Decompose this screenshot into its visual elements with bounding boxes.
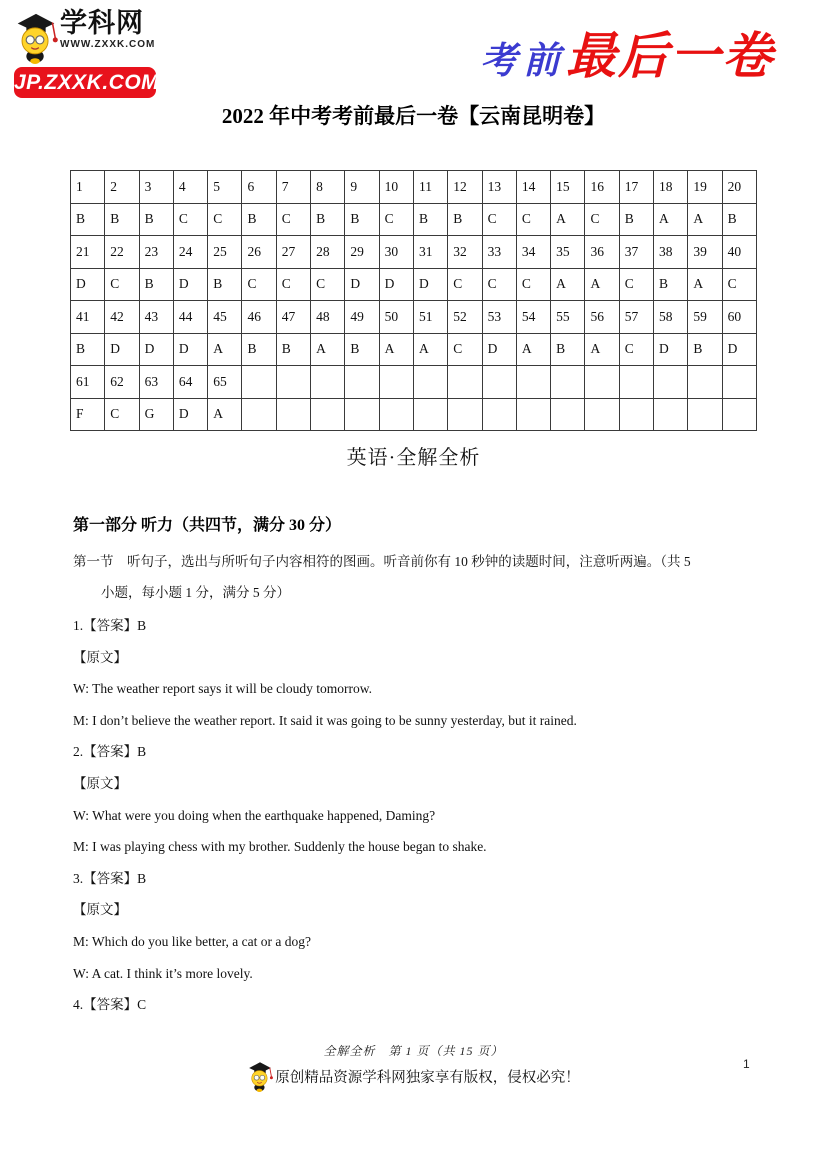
- question-number-cell: 29: [345, 236, 379, 269]
- question-number-cell: 62: [105, 366, 139, 399]
- question-number-cell: 9: [345, 171, 379, 204]
- answer-cell: [413, 398, 447, 431]
- answer-cell: D: [173, 268, 207, 301]
- answer-cell: [379, 398, 413, 431]
- answer-cell: C: [516, 203, 550, 236]
- question-number-cell: 35: [551, 236, 585, 269]
- answer-cell: D: [654, 333, 688, 366]
- question-number-cell: 7: [276, 171, 310, 204]
- question-number-cell: 12: [448, 171, 482, 204]
- question-number-cell: 44: [173, 301, 207, 334]
- jp-zxxk-badge: JP.ZXXK.COM: [14, 67, 156, 98]
- intro-line-2: 小题，每小题 1 分，满分 5 分）: [73, 577, 765, 608]
- question-number-cell: 37: [619, 236, 653, 269]
- answer-cell: A: [688, 203, 722, 236]
- answer-cell: B: [311, 203, 345, 236]
- answer-cell: B: [71, 333, 105, 366]
- question-number-cell: 3: [139, 171, 173, 204]
- section-heading: 第一部分 听力（共四节，满分 30 分）: [73, 512, 341, 535]
- question-number-cell: 32: [448, 236, 482, 269]
- question-number-row: 1234567891011121314151617181920: [71, 171, 757, 204]
- question-number-cell: 56: [585, 301, 619, 334]
- question-number-cell: 52: [448, 301, 482, 334]
- question-number-cell: 25: [208, 236, 242, 269]
- answer-table: 1234567891011121314151617181920BBBCCBCBB…: [70, 170, 757, 431]
- question-number-cell: 22: [105, 236, 139, 269]
- answer-cell: D: [379, 268, 413, 301]
- question-number-cell: 49: [345, 301, 379, 334]
- answer-cell: D: [173, 333, 207, 366]
- text-line: 【原文】: [73, 894, 765, 926]
- footer-note: 全解全析 第 1 页（共 15 页）: [0, 1042, 827, 1059]
- answer-cell: C: [105, 268, 139, 301]
- answer-cell: D: [413, 268, 447, 301]
- question-number-cell: 19: [688, 171, 722, 204]
- question-number-cell: 23: [139, 236, 173, 269]
- question-number-cell: 27: [276, 236, 310, 269]
- answer-cell: A: [585, 268, 619, 301]
- question-number-cell: [413, 366, 447, 399]
- question-number-cell: [654, 366, 688, 399]
- zxxk-mascot-icon: [14, 10, 58, 64]
- text-line: 2.【答案】B: [73, 736, 765, 768]
- answer-cell: A: [208, 333, 242, 366]
- question-number-cell: 20: [722, 171, 756, 204]
- answer-cell: D: [173, 398, 207, 431]
- document-page: { "header": { "logo": { "site_name": "学科…: [0, 0, 827, 1169]
- answer-cell: B: [139, 203, 173, 236]
- text-line: 1.【答案】B: [73, 610, 765, 642]
- answer-row: BDDDABBABAACDABACDBD: [71, 333, 757, 366]
- question-number-cell: 46: [242, 301, 276, 334]
- question-number-cell: 10: [379, 171, 413, 204]
- answer-cell: C: [448, 333, 482, 366]
- answer-cell: C: [208, 203, 242, 236]
- answer-cell: A: [413, 333, 447, 366]
- answer-cell: C: [619, 333, 653, 366]
- question-number-cell: 33: [482, 236, 516, 269]
- question-number-cell: 53: [482, 301, 516, 334]
- text-line: W: The weather report says it will be cl…: [73, 673, 765, 705]
- question-number-cell: 17: [619, 171, 653, 204]
- answer-cell: B: [551, 333, 585, 366]
- answer-explanations: 1.【答案】B【原文】W: The weather report says it…: [73, 610, 765, 1021]
- answer-cell: [516, 398, 550, 431]
- question-number-cell: 6: [242, 171, 276, 204]
- question-number-cell: 16: [585, 171, 619, 204]
- question-number-cell: 18: [654, 171, 688, 204]
- question-number-cell: [276, 366, 310, 399]
- question-number-cell: 39: [688, 236, 722, 269]
- answer-cell: C: [482, 203, 516, 236]
- question-number-cell: 8: [311, 171, 345, 204]
- question-number-cell: [619, 366, 653, 399]
- text-line: 【原文】: [73, 768, 765, 800]
- page-title: 2022 年中考考前最后一卷【云南昆明卷】: [0, 100, 827, 130]
- answer-cell: B: [276, 333, 310, 366]
- question-number-row: 4142434445464748495051525354555657585960: [71, 301, 757, 334]
- answer-cell: [345, 398, 379, 431]
- question-number-row: 2122232425262728293031323334353637383940: [71, 236, 757, 269]
- question-number-cell: 14: [516, 171, 550, 204]
- question-number-cell: 36: [585, 236, 619, 269]
- answer-cell: A: [551, 203, 585, 236]
- question-number-cell: 65: [208, 366, 242, 399]
- logo-text-column: 学科网 WWW.ZXXK.COM: [60, 8, 155, 50]
- answer-cell: C: [585, 203, 619, 236]
- site-name: 学科网: [60, 8, 155, 38]
- site-url: WWW.ZXXK.COM: [60, 39, 155, 50]
- question-number-cell: 2: [105, 171, 139, 204]
- exam-stamp: 考前 最后一卷: [480, 16, 748, 88]
- question-number-cell: 5: [208, 171, 242, 204]
- text-line: W: A cat. I think it’s more lovely.: [73, 958, 765, 990]
- answer-cell: [688, 398, 722, 431]
- text-line: M: I was playing chess with my brother. …: [73, 831, 765, 863]
- question-number-cell: 45: [208, 301, 242, 334]
- question-number-cell: [688, 366, 722, 399]
- answer-cell: C: [173, 203, 207, 236]
- question-number-cell: [242, 366, 276, 399]
- question-number-cell: 15: [551, 171, 585, 204]
- answer-cell: [585, 398, 619, 431]
- question-number-cell: 43: [139, 301, 173, 334]
- question-number-cell: 61: [71, 366, 105, 399]
- answer-cell: [276, 398, 310, 431]
- question-number-cell: 50: [379, 301, 413, 334]
- stamp-prefix: 考前: [480, 30, 566, 84]
- section-intro: 第一节 听句子，选出与所听句子内容相符的图画。听音前你有 10 秒钟的读题时间，…: [73, 546, 765, 608]
- question-number-cell: 59: [688, 301, 722, 334]
- text-line: W: What were you doing when the earthqua…: [73, 800, 765, 832]
- answer-cell: C: [105, 398, 139, 431]
- answer-cell: D: [139, 333, 173, 366]
- answer-cell: A: [379, 333, 413, 366]
- answer-cell: D: [345, 268, 379, 301]
- question-number-cell: 41: [71, 301, 105, 334]
- text-line: M: I don’t believe the weather report. I…: [73, 705, 765, 737]
- question-number-cell: [379, 366, 413, 399]
- question-number-cell: [345, 366, 379, 399]
- question-number-cell: [516, 366, 550, 399]
- answer-cell: B: [105, 203, 139, 236]
- question-number-cell: 64: [173, 366, 207, 399]
- answer-cell: C: [242, 268, 276, 301]
- answer-cell: A: [688, 268, 722, 301]
- answer-cell: A: [516, 333, 550, 366]
- answer-table-body: 1234567891011121314151617181920BBBCCBCBB…: [71, 171, 757, 431]
- question-number-cell: 30: [379, 236, 413, 269]
- answer-cell: A: [585, 333, 619, 366]
- answer-cell: C: [379, 203, 413, 236]
- answer-cell: [619, 398, 653, 431]
- page-number: 1: [743, 1057, 750, 1071]
- answer-cell: [551, 398, 585, 431]
- question-number-cell: 21: [71, 236, 105, 269]
- text-line: 4.【答案】C: [73, 989, 765, 1021]
- question-number-cell: 48: [311, 301, 345, 334]
- answer-cell: B: [722, 203, 756, 236]
- question-number-cell: 13: [482, 171, 516, 204]
- question-number-cell: 1: [71, 171, 105, 204]
- question-number-cell: [722, 366, 756, 399]
- answer-row: FCGDA: [71, 398, 757, 431]
- answer-cell: C: [619, 268, 653, 301]
- question-number-cell: 31: [413, 236, 447, 269]
- question-number-cell: 47: [276, 301, 310, 334]
- question-number-cell: 26: [242, 236, 276, 269]
- answer-cell: B: [448, 203, 482, 236]
- answer-cell: C: [448, 268, 482, 301]
- answer-cell: C: [276, 203, 310, 236]
- answer-row: BBBCCBCBBCBBCCACBAAB: [71, 203, 757, 236]
- question-number-cell: 51: [413, 301, 447, 334]
- question-number-cell: [448, 366, 482, 399]
- logo-top-row: 学科网 WWW.ZXXK.COM: [14, 8, 164, 64]
- question-number-cell: 40: [722, 236, 756, 269]
- question-number-row: 6162636465: [71, 366, 757, 399]
- answer-cell: [482, 398, 516, 431]
- question-number-cell: 28: [311, 236, 345, 269]
- answer-cell: A: [208, 398, 242, 431]
- answer-cell: C: [722, 268, 756, 301]
- answer-cell: B: [71, 203, 105, 236]
- answer-cell: D: [71, 268, 105, 301]
- answer-cell: [654, 398, 688, 431]
- text-line: 3.【答案】B: [73, 863, 765, 895]
- intro-line-1: 第一节 听句子，选出与所听句子内容相符的图画。听音前你有 10 秒钟的读题时间，…: [73, 546, 765, 577]
- answer-cell: [722, 398, 756, 431]
- question-number-cell: 4: [173, 171, 207, 204]
- answer-cell: B: [345, 203, 379, 236]
- answer-cell: B: [242, 203, 276, 236]
- answer-cell: D: [105, 333, 139, 366]
- question-number-cell: [551, 366, 585, 399]
- answer-cell: C: [482, 268, 516, 301]
- question-number-cell: [311, 366, 345, 399]
- question-number-cell: 60: [722, 301, 756, 334]
- copyright-text: 原创精品资源学科网独家享有版权，侵权必究！: [275, 1066, 580, 1087]
- question-number-cell: 34: [516, 236, 550, 269]
- question-number-cell: [585, 366, 619, 399]
- text-line: 【原文】: [73, 642, 765, 674]
- question-number-cell: 42: [105, 301, 139, 334]
- stamp-main: 最后一卷: [566, 16, 774, 88]
- subject-heading: 英语·全解全析: [0, 441, 827, 470]
- question-number-cell: 58: [654, 301, 688, 334]
- answer-cell: B: [139, 268, 173, 301]
- answer-cell: C: [516, 268, 550, 301]
- answer-cell: G: [139, 398, 173, 431]
- answer-cell: A: [551, 268, 585, 301]
- answer-cell: A: [654, 203, 688, 236]
- answer-cell: F: [71, 398, 105, 431]
- question-number-cell: 11: [413, 171, 447, 204]
- copyright-line: 原创精品资源学科网独家享有版权，侵权必究！: [0, 1060, 827, 1092]
- answer-cell: D: [722, 333, 756, 366]
- answer-cell: B: [688, 333, 722, 366]
- question-number-cell: 57: [619, 301, 653, 334]
- answer-cell: D: [482, 333, 516, 366]
- question-number-cell: 54: [516, 301, 550, 334]
- zxxk-mascot-icon: [247, 1060, 273, 1092]
- answer-cell: B: [619, 203, 653, 236]
- answer-cell: B: [345, 333, 379, 366]
- answer-cell: C: [311, 268, 345, 301]
- answer-cell: A: [311, 333, 345, 366]
- answer-cell: B: [208, 268, 242, 301]
- question-number-cell: 24: [173, 236, 207, 269]
- question-number-cell: [482, 366, 516, 399]
- answer-cell: [448, 398, 482, 431]
- answer-cell: C: [276, 268, 310, 301]
- zxxk-logo: 学科网 WWW.ZXXK.COM JP.ZXXK.COM: [14, 8, 164, 98]
- question-number-cell: 38: [654, 236, 688, 269]
- answer-cell: B: [654, 268, 688, 301]
- answer-cell: [242, 398, 276, 431]
- answer-cell: [311, 398, 345, 431]
- answer-cell: B: [242, 333, 276, 366]
- text-line: M: Which do you like better, a cat or a …: [73, 926, 765, 958]
- answer-cell: B: [413, 203, 447, 236]
- question-number-cell: 63: [139, 366, 173, 399]
- question-number-cell: 55: [551, 301, 585, 334]
- answer-row: DCBDBCCCDDDCCCAACBAC: [71, 268, 757, 301]
